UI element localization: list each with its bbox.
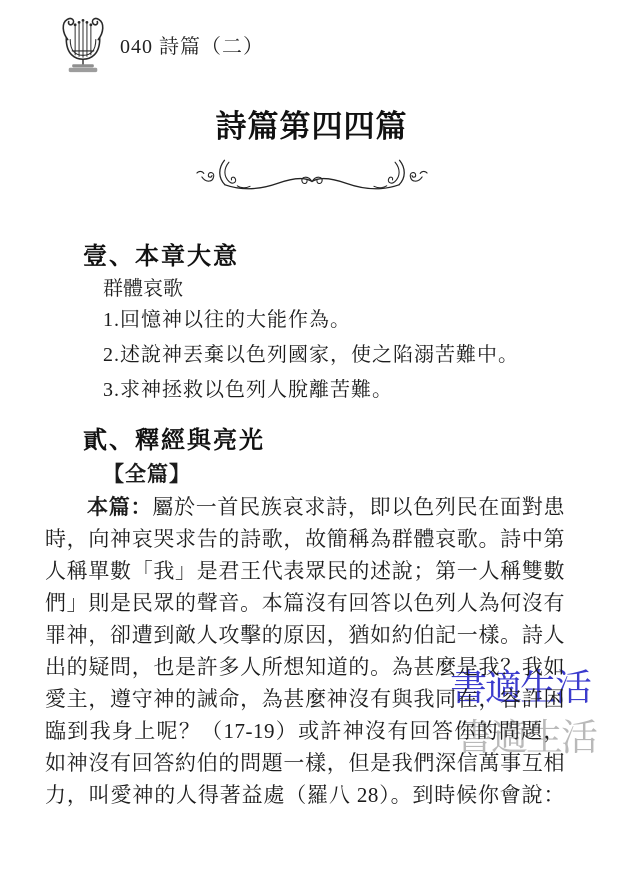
lyre-icon: [58, 13, 108, 76]
paragraph-line: 本篇：屬於一首民族哀求詩，即以色列民在面對患難: [45, 491, 565, 523]
flourish-ornament-icon: [194, 181, 430, 198]
paragraph-line: 們」則是民眾的聲音。本篇沒有回答以色列人為何沒有得: [45, 587, 565, 619]
paragraph-lead: 本篇：: [87, 495, 152, 519]
paragraph-line: 時，向神哀哭求告的詩歌，故簡稱為群體哀歌。詩中第一: [45, 523, 565, 555]
exposition-paragraph: 本篇：屬於一首民族哀求詩，即以色列民在面對患難 時，向神哀哭求告的詩歌，故簡稱為…: [45, 491, 565, 811]
paragraph-line: 力，叫愛神的人得著益處（羅八 28）。到時候你會說：「我: [45, 779, 565, 811]
section-1-heading: 壹、本章大意: [83, 236, 239, 271]
paragraph-line: 出的疑問，也是許多人所想知道的。為甚麼是我？我如此: [45, 651, 565, 683]
flourish-divider: [0, 156, 623, 199]
outline-item: 2.述說神丟棄以色列國家，使之陷溺苦難中。: [103, 338, 519, 367]
outline-item: 3.求神拯救以色列人脫離苦難。: [103, 373, 393, 402]
section-2-heading: 貳、釋經與亮光: [83, 420, 265, 455]
header-book-label: 040 詩篇（二）: [120, 30, 264, 59]
outline-item: 1.回憶神以往的大能作為。: [103, 303, 351, 332]
paragraph-line: 如神沒有回答約伯的問題一樣，但是我們深信萬事互相效: [45, 747, 565, 779]
exposition-subheading: 【全篇】: [103, 458, 191, 488]
chapter-title: 詩篇第四四篇: [0, 101, 623, 146]
book-page: 書適生活 書適生活: [0, 0, 623, 884]
paragraph-line: 人稱單數「我」是君王代表眾民的述說；第一人稱雙數「我: [45, 555, 565, 587]
paragraph-line: 臨到我身上呢？（17-19）或許神沒有回答你的問題，正: [45, 715, 565, 747]
paragraph-line: 愛主，遵守神的誡命，為甚麼神沒有與我同在，容許困難: [45, 683, 565, 715]
outline-subtitle: 群體哀歌: [103, 272, 183, 301]
page-header: 040 詩篇（二）: [58, 13, 264, 76]
paragraph-line: 罪神，卻遭到敵人攻擊的原因，猶如約伯記一樣。詩人提: [45, 619, 565, 651]
